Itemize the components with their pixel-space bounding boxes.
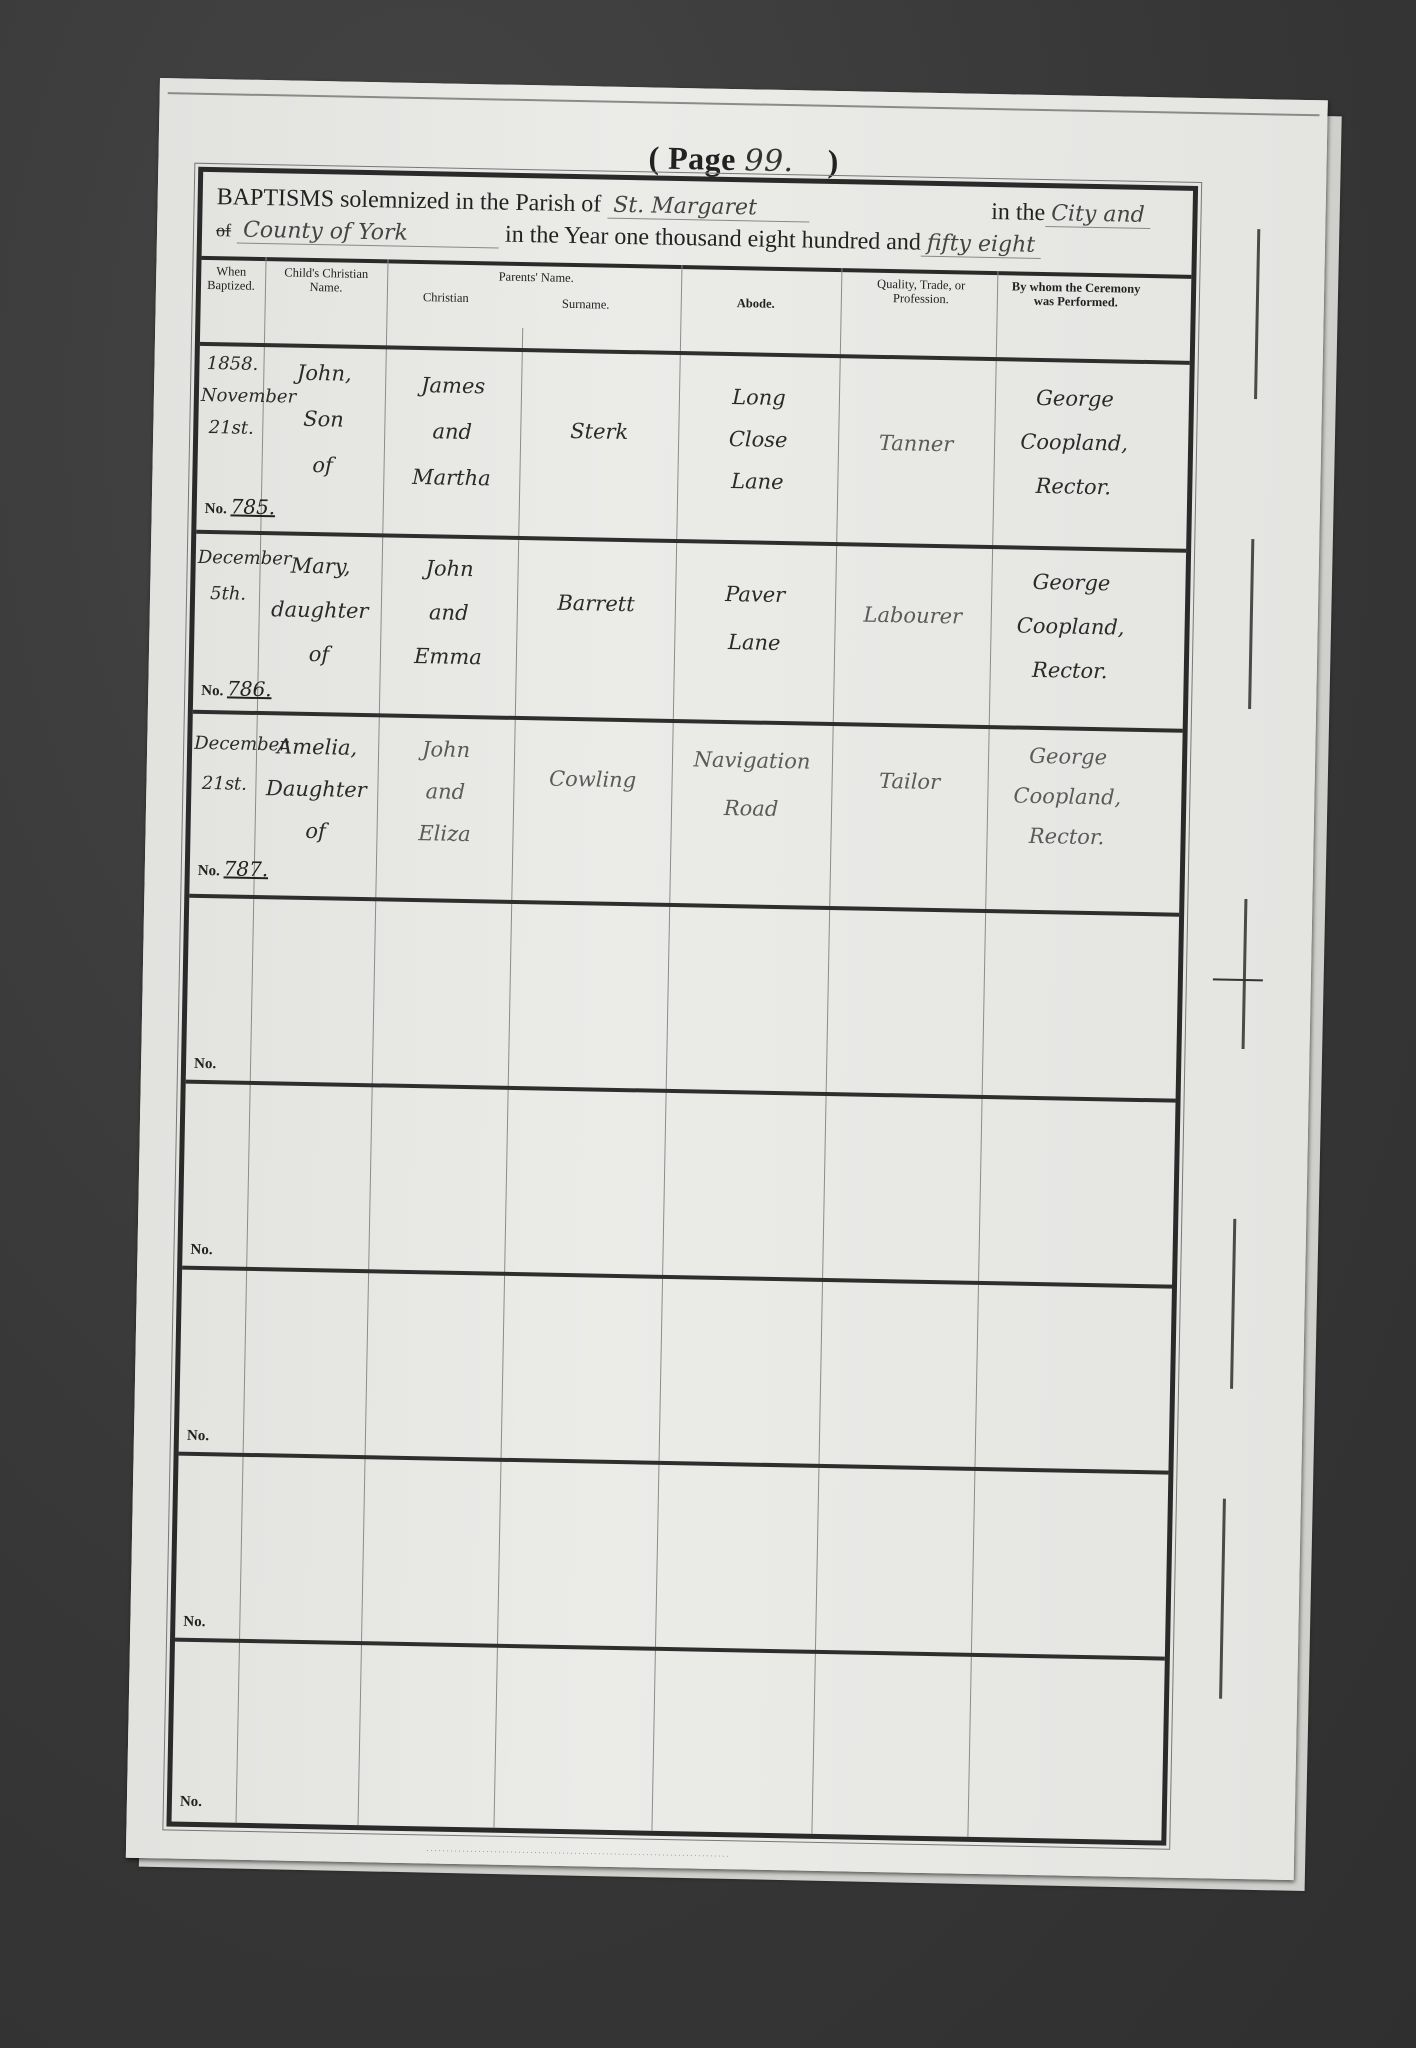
entry-and: and bbox=[384, 407, 521, 456]
entry-no-label: No. bbox=[201, 683, 223, 699]
entry-abode-line: Close bbox=[678, 417, 839, 462]
entry-mother-name: Martha bbox=[383, 453, 520, 502]
col-header-trade: Quality, Trade, or Profession. bbox=[861, 277, 982, 307]
entry-abode-line: Lane bbox=[677, 459, 838, 504]
entry-child-of: of bbox=[256, 809, 375, 853]
entry-abode-line: Paver bbox=[675, 569, 836, 620]
page-number-value: 99. bbox=[744, 143, 794, 179]
empty-entry-row: No. bbox=[182, 1086, 1175, 1285]
entry-surname: Barrett bbox=[517, 582, 676, 625]
entry-officiant-line: Rector. bbox=[993, 463, 1154, 510]
parish-name: St. Margaret bbox=[607, 193, 809, 223]
col-header-child: Child's Christian Name. bbox=[267, 265, 386, 295]
binding-thread bbox=[1230, 1219, 1236, 1389]
empty-entry-row: No. bbox=[172, 1644, 1165, 1839]
entry-child-relation: Son bbox=[264, 395, 383, 443]
binding-thread bbox=[1242, 899, 1248, 1049]
entry-child-of: of bbox=[260, 631, 379, 677]
entry-officiant-line: Rector. bbox=[989, 647, 1150, 694]
entry-abode-line: Road bbox=[671, 783, 832, 834]
entry-and: and bbox=[380, 589, 517, 636]
entry-when-year: 1858. bbox=[201, 348, 264, 381]
entry-father-name: John bbox=[381, 545, 518, 592]
entry-officiant-line: Coopland, bbox=[987, 775, 1148, 818]
entry-no-label: No. bbox=[187, 1428, 209, 1445]
entry-no-label: No. bbox=[194, 1056, 216, 1073]
entry-child-name: Amelia, bbox=[258, 725, 377, 769]
binding-thread bbox=[1248, 539, 1254, 709]
entry-when-month: November bbox=[201, 380, 264, 413]
entry-row: December 5th. Mary, daughter of John and… bbox=[193, 536, 1186, 727]
entry-father-name: James bbox=[385, 361, 522, 410]
empty-entry-row: No. bbox=[175, 1458, 1168, 1657]
page-number: ( Page 99. ) bbox=[648, 139, 839, 180]
entry-mother-name: Eliza bbox=[376, 811, 513, 856]
entry-abode-line: Lane bbox=[674, 617, 835, 668]
place-city: City and bbox=[1045, 201, 1151, 229]
entry-no-label: No. bbox=[205, 501, 227, 517]
entry-when-day: 21st. bbox=[200, 412, 263, 445]
entry-officiant-line: Coopland, bbox=[994, 419, 1155, 466]
heading-in-the: in the bbox=[991, 199, 1045, 226]
entry-trade: Labourer bbox=[834, 594, 991, 637]
entry-row: 1858. November 21st. John, Son of James … bbox=[196, 348, 1189, 547]
heading-of-struck: of bbox=[216, 220, 231, 240]
entry-no-label: No. bbox=[198, 863, 220, 879]
binding-string bbox=[1213, 978, 1263, 981]
entry-child-relation: Daughter bbox=[257, 767, 376, 811]
entry-child-name: Mary, bbox=[261, 543, 380, 589]
place-county: County of York bbox=[237, 218, 499, 249]
entry-officiant-line: George bbox=[995, 375, 1156, 422]
entry-officiant-line: George bbox=[988, 735, 1149, 778]
entry-officiant-line: George bbox=[991, 559, 1152, 606]
entry-trade: Tanner bbox=[838, 422, 995, 465]
col-header-abode: Abode. bbox=[691, 295, 821, 311]
entry-when-day: 5th. bbox=[197, 576, 260, 613]
col-header-parent-surname: Surname. bbox=[531, 296, 641, 312]
entry-no-label: No. bbox=[180, 1794, 202, 1811]
entry-number: No. 785. bbox=[205, 494, 276, 519]
entry-surname: Sterk bbox=[520, 410, 679, 453]
entry-mother-name: Emma bbox=[380, 633, 517, 680]
entry-no-label: No. bbox=[190, 1242, 212, 1259]
col-header-parent-christian: Christian bbox=[391, 289, 501, 305]
entry-officiant-line: Coopland, bbox=[990, 603, 1151, 650]
entry-surname: Cowling bbox=[513, 758, 672, 801]
entry-number: No. 787. bbox=[198, 856, 269, 881]
entry-row: December 21st. Amelia, Daughter of John … bbox=[189, 716, 1182, 911]
col-header-parents: Parents' Name. bbox=[451, 269, 621, 286]
entry-trade: Tailor bbox=[831, 760, 988, 803]
col-header-when: When Baptized. bbox=[201, 264, 262, 293]
binding-thread bbox=[1219, 1499, 1226, 1699]
page-fold-line bbox=[168, 92, 1320, 116]
col-header-by-whom: By whom the Ceremony was Performed. bbox=[1011, 279, 1142, 309]
entry-officiant-line: Rector. bbox=[986, 815, 1147, 858]
entry-child-of: of bbox=[263, 441, 382, 489]
binding-thread bbox=[1254, 229, 1260, 399]
entry-when-month: December bbox=[194, 724, 257, 765]
register-page: ( Page 99. ) BAPTISMS solemnized in the … bbox=[126, 78, 1328, 1880]
heading-prefix: BAPTISMS solemnized in the Parish of bbox=[216, 184, 601, 217]
entry-no-value: 785. bbox=[230, 494, 275, 519]
register-table: BAPTISMS solemnized in the Parish of St.… bbox=[166, 167, 1198, 1846]
entry-abode-line: Navigation bbox=[672, 735, 833, 786]
empty-entry-row: No. bbox=[179, 1272, 1172, 1471]
entry-and: and bbox=[377, 769, 514, 814]
entry-no-label: No. bbox=[183, 1614, 205, 1631]
entry-child-relation: daughter bbox=[260, 587, 379, 633]
heading-year-text: in the Year one thousand eight hundred a… bbox=[505, 222, 921, 256]
entry-father-name: John bbox=[378, 727, 515, 772]
entry-abode-line: Long bbox=[679, 375, 840, 420]
entry-no-value: 787. bbox=[223, 856, 268, 881]
entry-when-month: December bbox=[197, 540, 260, 577]
page-label: ( Page bbox=[648, 139, 736, 177]
entry-number: No. 786. bbox=[201, 676, 272, 701]
entry-no-value: 786. bbox=[227, 676, 272, 701]
page-close-paren: ) bbox=[827, 143, 839, 179]
entry-child-name: John, bbox=[265, 349, 384, 397]
empty-entry-row: No. bbox=[186, 900, 1179, 1099]
year-value: fifty eight bbox=[921, 231, 1042, 259]
entry-when-day: 21st. bbox=[193, 764, 256, 805]
printer-imprint: ········································… bbox=[426, 1845, 730, 1861]
